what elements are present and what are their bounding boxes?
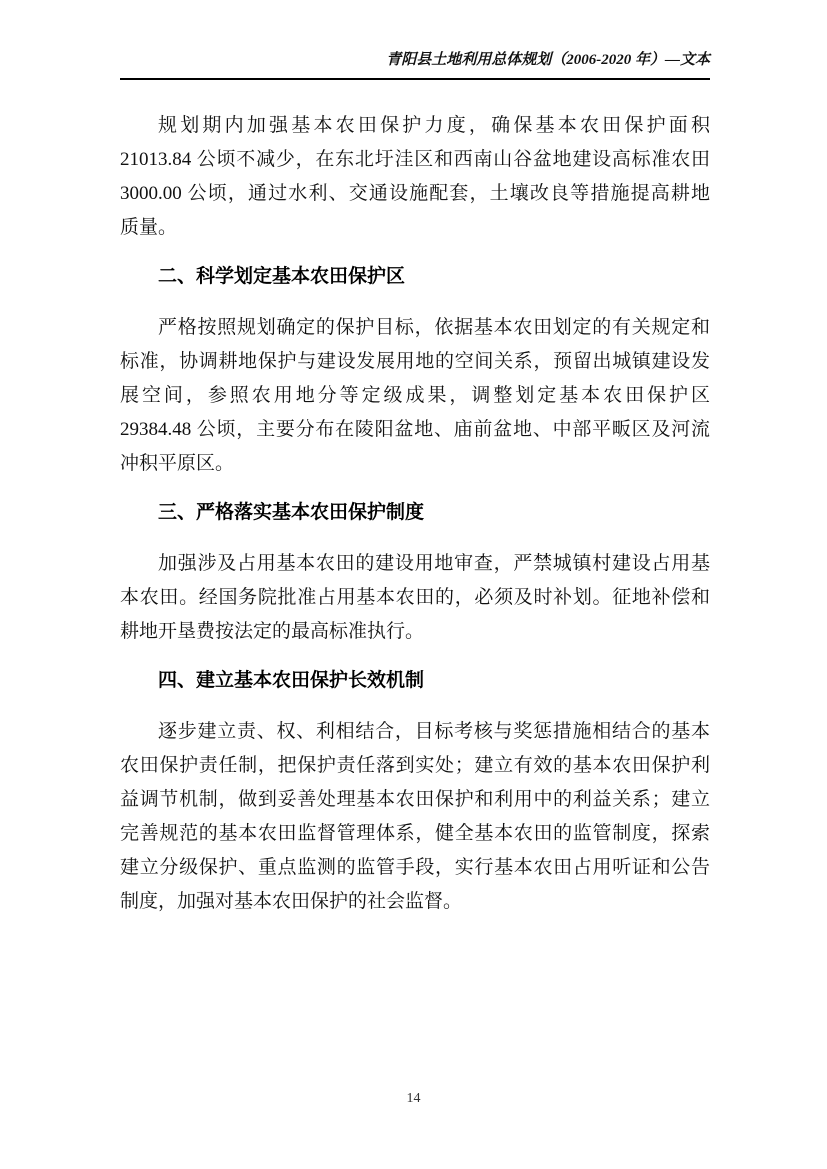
paragraph-line: 冲积平原区。	[120, 447, 710, 481]
paragraph-line: 耕地开垦费按法定的最高标准执行。	[120, 615, 710, 649]
paragraph-line: 逐步建立责、权、利相结合，目标考核与奖惩措施相结合的基本	[120, 715, 710, 749]
paragraph-line: 3000.00 公顷，通过水利、交通设施配套，土壤改良等措施提高耕地	[120, 177, 710, 211]
paragraph: 严格按照规划确定的保护目标，依据基本农田划定的有关规定和标准，协调耕地保护与建设…	[120, 311, 710, 481]
paragraph-line: 益调节机制，做到妥善处理基本农田保护和利用中的利益关系；建立	[120, 783, 710, 817]
section-heading: 三、严格落实基本农田保护制度	[120, 496, 710, 530]
paragraph-line: 加强涉及占用基本农田的建设用地审查，严禁城镇村建设占用基	[120, 547, 710, 581]
paragraph-line: 质量。	[120, 211, 710, 245]
paragraph-line: 制度，加强对基本农田保护的社会监督。	[120, 885, 710, 919]
paragraph-line: 标准，协调耕地保护与建设发展用地的空间关系，预留出城镇建设发	[120, 345, 710, 379]
paragraph-line: 严格按照规划确定的保护目标，依据基本农田划定的有关规定和	[120, 311, 710, 345]
paragraph: 逐步建立责、权、利相结合，目标考核与奖惩措施相结合的基本农田保护责任制，把保护责…	[120, 715, 710, 919]
document-page: 青阳县土地利用总体规划（2006-2020 年）—文本 规划期内加强基本农田保护…	[0, 0, 827, 1169]
paragraph-line: 农田保护责任制，把保护责任落到实处；建立有效的基本农田保护利	[120, 749, 710, 783]
paragraph: 规划期内加强基本农田保护力度，确保基本农田保护面积21013.84 公顷不减少，…	[120, 109, 710, 245]
paragraph-line: 本农田。经国务院批准占用基本农田的，必须及时补划。征地补偿和	[120, 581, 710, 615]
running-header: 青阳县土地利用总体规划（2006-2020 年）—文本	[120, 50, 710, 78]
document-body: 规划期内加强基本农田保护力度，确保基本农田保护面积21013.84 公顷不减少，…	[120, 80, 710, 919]
section-heading: 二、科学划定基本农田保护区	[120, 260, 710, 294]
paragraph-line: 21013.84 公顷不减少，在东北圩洼区和西南山谷盆地建设高标准农田	[120, 143, 710, 177]
paragraph-line: 29384.48 公顷，主要分布在陵阳盆地、庙前盆地、中部平畈区及河流	[120, 413, 710, 447]
paragraph: 加强涉及占用基本农田的建设用地审查，严禁城镇村建设占用基本农田。经国务院批准占用…	[120, 547, 710, 649]
paragraph-line: 规划期内加强基本农田保护力度，确保基本农田保护面积	[120, 109, 710, 143]
paragraph-line: 展空间，参照农用地分等定级成果，调整划定基本农田保护区	[120, 379, 710, 413]
paragraph-line: 完善规范的基本农田监督管理体系，健全基本农田的监管制度，探索	[120, 817, 710, 851]
page-number: 14	[0, 1090, 827, 1108]
section-heading: 四、建立基本农田保护长效机制	[120, 664, 710, 698]
paragraph-line: 建立分级保护、重点监测的监管手段，实行基本农田占用听证和公告	[120, 851, 710, 885]
